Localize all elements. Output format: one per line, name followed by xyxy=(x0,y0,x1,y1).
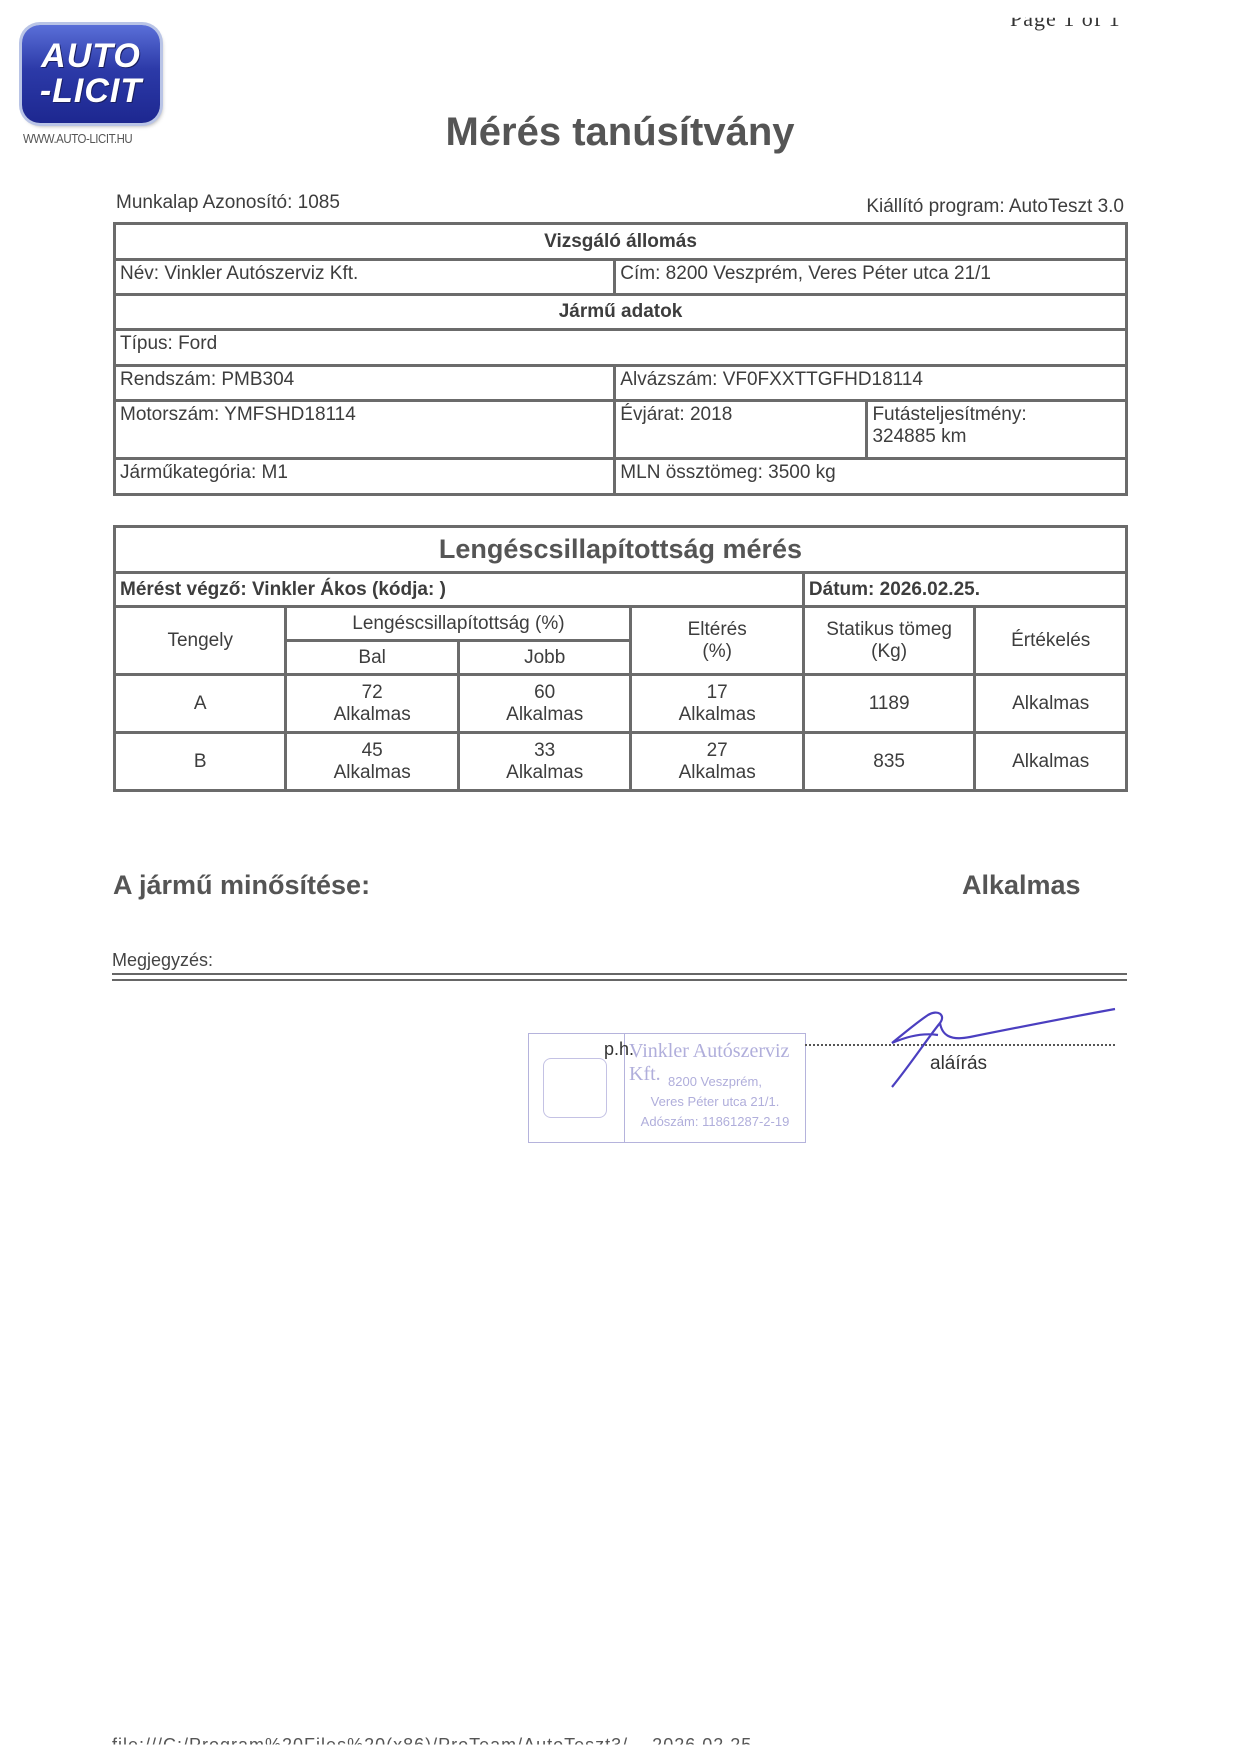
document-title: Mérés tanúsítvány xyxy=(0,110,1240,155)
table-row: A 72Alkalmas 60Alkalmas 17Alkalmas 1189 … xyxy=(115,675,1127,733)
damping-measurement-table: Lengéscsillapítottság mérés Mérést végző… xyxy=(113,525,1128,792)
qualification-label: A jármű minősítése: xyxy=(113,870,370,901)
col-right: Jobb xyxy=(458,641,631,675)
print-footer: file:///C:/Program%20Files%20(x86)/ProTe… xyxy=(112,1735,758,1753)
station-heading: Vizsgáló állomás xyxy=(115,224,1127,260)
col-rating: Értékelés xyxy=(975,607,1127,675)
col-damping: Lengéscsillapítottság (%) xyxy=(286,607,631,641)
note-label: Megjegyzés: xyxy=(112,950,213,971)
col-left: Bal xyxy=(286,641,459,675)
company-stamp: Vinkler Autószerviz Kft. 8200 Veszprém, … xyxy=(528,1033,806,1143)
station-name: Név: Vinkler Autószerviz Kft. xyxy=(115,260,615,295)
measurement-date: Dátum: 2026.02.25. xyxy=(803,573,1126,607)
note-divider xyxy=(112,973,1127,981)
right-cell: 33Alkalmas xyxy=(458,733,631,791)
stamp-place-label: p.h. xyxy=(604,1039,634,1060)
station-address: Cím: 8200 Veszprém, Veres Péter utca 21/… xyxy=(615,260,1127,295)
page-number: Page 1 of 1 xyxy=(1010,6,1121,32)
station-vehicle-table: Vizsgáló állomás Név: Vinkler Autószervi… xyxy=(113,222,1128,496)
diff-unit: (%) xyxy=(636,641,797,663)
auto-licit-logo: AUTO -LICIT xyxy=(22,25,160,123)
gross-weight: MLN össztömeg: 3500 kg xyxy=(615,459,1127,495)
table-row: B 45Alkalmas 33Alkalmas 27Alkalmas 835 A… xyxy=(115,733,1127,791)
col-axle: Tengely xyxy=(115,607,286,675)
mass-cell: 835 xyxy=(803,733,974,791)
logo-line1: AUTO xyxy=(22,37,160,76)
vehicle-vin: Alvázszám: VF0FXXTTGFHD18114 xyxy=(615,366,1127,401)
diff-label: Eltérés xyxy=(636,619,797,641)
vehicle-plate: Rendszám: PMB304 xyxy=(115,366,615,401)
signature-icon xyxy=(880,1005,1120,1095)
diff-cell: 17Alkalmas xyxy=(631,675,803,733)
axle-cell: A xyxy=(115,675,286,733)
measurement-operator: Mérést végző: Vinkler Ákos (kódja: ) xyxy=(115,573,804,607)
col-difference: Eltérés(%) xyxy=(631,607,803,675)
col-static-mass: Statikus tömeg(Kg) xyxy=(803,607,974,675)
model-year: Évjárat: 2018 xyxy=(615,401,867,459)
signature-label: aláírás xyxy=(930,1053,987,1075)
mileage-value: 324885 km xyxy=(872,426,1121,448)
mass-unit: (Kg) xyxy=(809,641,969,663)
stamp-city: 8200 Veszprém, xyxy=(629,1074,801,1089)
issuing-program: Kiállító program: AutoTeszt 3.0 xyxy=(866,196,1124,218)
engine-number: Motorszám: YMFSHD18114 xyxy=(115,401,615,459)
vehicle-category: Járműkategória: M1 xyxy=(115,459,615,495)
rating-cell: Alkalmas xyxy=(975,675,1127,733)
car-repair-icon xyxy=(543,1058,607,1118)
mass-label: Statikus tömeg xyxy=(809,619,969,641)
mileage-label: Futásteljesítmény: xyxy=(872,404,1121,426)
worksheet-id: Munkalap Azonosító: 1085 xyxy=(116,192,340,214)
vehicle-heading: Jármű adatok xyxy=(115,295,1127,330)
stamp-tax-id: Adószám: 11861287-2-19 xyxy=(629,1114,801,1129)
rating-cell: Alkalmas xyxy=(975,733,1127,791)
diff-cell: 27Alkalmas xyxy=(631,733,803,791)
logo-line2: -LICIT xyxy=(22,72,160,111)
axle-cell: B xyxy=(115,733,286,791)
mass-cell: 1189 xyxy=(803,675,974,733)
stamp-street: Veres Péter utca 21/1. xyxy=(629,1094,801,1109)
left-cell: 45Alkalmas xyxy=(286,733,459,791)
measurement-heading: Lengéscsillapítottság mérés xyxy=(115,527,1127,573)
mileage: Futásteljesítmény:324885 km xyxy=(867,401,1127,459)
left-cell: 72Alkalmas xyxy=(286,675,459,733)
right-cell: 60Alkalmas xyxy=(458,675,631,733)
qualification-value: Alkalmas xyxy=(962,870,1081,901)
vehicle-type: Típus: Ford xyxy=(115,330,1127,366)
